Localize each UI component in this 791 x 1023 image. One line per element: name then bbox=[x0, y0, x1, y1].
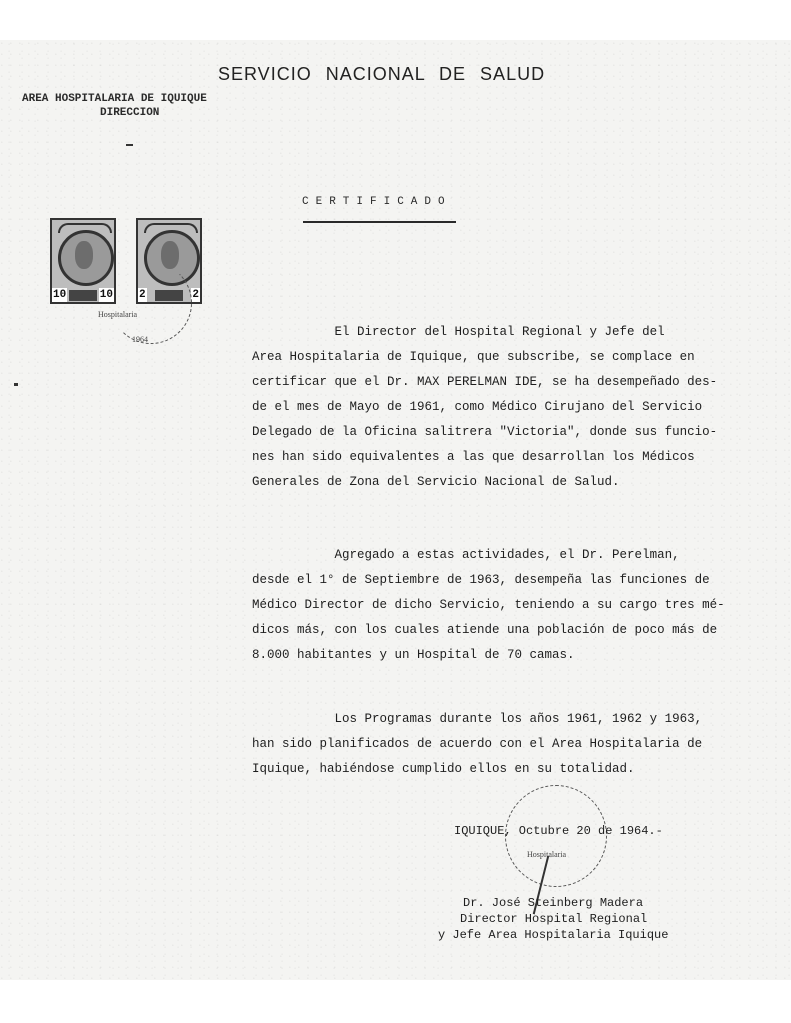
revenue-stamp-10: 10 10 bbox=[50, 218, 116, 304]
document-page bbox=[0, 40, 791, 980]
body-line: Delegado de la Oficina salitrera "Victor… bbox=[252, 422, 717, 442]
header-dash bbox=[126, 144, 133, 146]
header-title: SERVICIO NACIONAL DE SALUD bbox=[218, 64, 545, 85]
body-line: Médico Director de dicho Servicio, tenie… bbox=[252, 595, 725, 615]
stamp-denomination-bar bbox=[69, 290, 97, 301]
stamp-value-left: 10 bbox=[52, 288, 67, 302]
department-name: AREA HOSPITALARIA DE IQUIQUE bbox=[22, 93, 207, 105]
body-line: El Director del Hospital Regional y Jefe… bbox=[252, 322, 665, 342]
body-line: Iquique, habiéndose cumplido ellos en su… bbox=[252, 759, 635, 779]
margin-mark bbox=[14, 383, 18, 386]
body-line: Los Programas durante los años 1961, 196… bbox=[252, 709, 702, 729]
body-line: Area Hospitalaria de Iquique, que subscr… bbox=[252, 347, 695, 367]
body-line: han sido planificados de acuerdo con el … bbox=[252, 734, 702, 754]
body-line: Agregado a estas actividades, el Dr. Per… bbox=[252, 545, 680, 565]
signatory-title-2: y Jefe Area Hospitalaria Iquique bbox=[438, 928, 668, 942]
body-line: nes han sido equivalentes a las que desa… bbox=[252, 447, 695, 467]
stamp-value-right: 2 bbox=[191, 288, 200, 302]
seal-text: Hospitalaria bbox=[98, 310, 137, 319]
stamp-medallion-icon bbox=[58, 230, 114, 286]
body-line: de el mes de Mayo de 1961, como Médico C… bbox=[252, 397, 702, 417]
body-line: certificar que el Dr. MAX PERELMAN IDE, … bbox=[252, 372, 717, 392]
body-line: 8.000 habitantes y un Hospital de 70 cam… bbox=[252, 645, 575, 665]
seal-date: 1964 bbox=[132, 335, 148, 344]
body-line: dicos más, con los cuales atiende una po… bbox=[252, 620, 717, 640]
cancellation-seal-icon bbox=[110, 262, 192, 344]
body-line: Generales de Zona del Servicio Nacional … bbox=[252, 472, 620, 492]
certificate-title: CERTIFICADO bbox=[302, 196, 452, 208]
place-date: IQUIQUE, Octubre 20 de 1964.- bbox=[454, 824, 663, 838]
subdepartment-name: DIRECCION bbox=[100, 107, 159, 119]
body-line: desde el 1° de Septiembre de 1963, desem… bbox=[252, 570, 710, 590]
title-underline bbox=[303, 221, 456, 223]
signatory-name: Dr. José Steinberg Madera bbox=[463, 896, 643, 910]
paper-texture bbox=[0, 40, 791, 980]
signatory-title: Director Hospital Regional bbox=[460, 912, 647, 926]
